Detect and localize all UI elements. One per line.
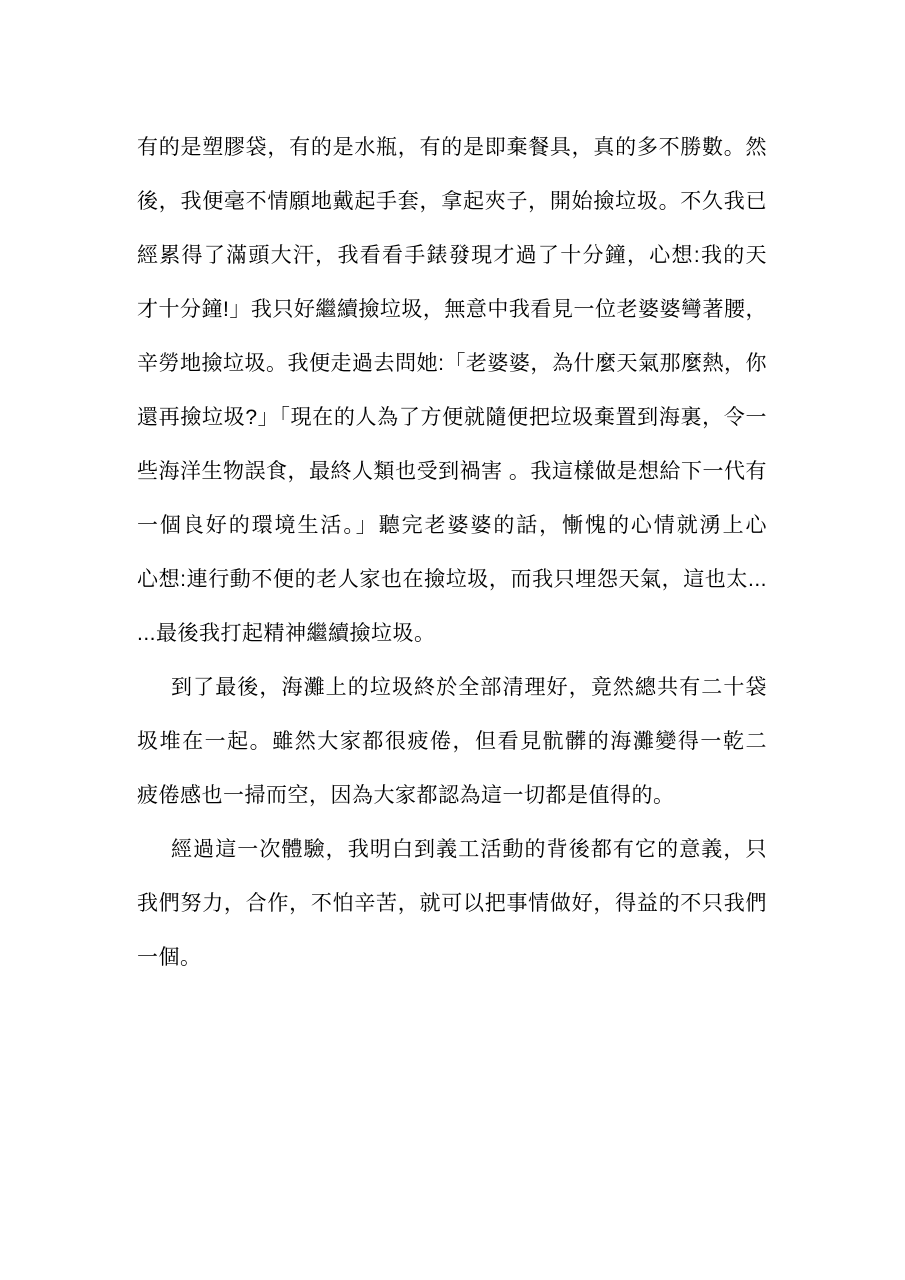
text-line: 才十分鐘!」我只好繼續撿垃圾，無意中我看見一位老婆婆彎著腰， — [137, 283, 767, 337]
text-line: 心想:連行動不便的老人家也在撿垃圾，而我只埋怨天氣，這也太... — [137, 553, 767, 607]
text-line: 些海洋生物誤食，最終人類也受到禍害 。我這樣做是想給下一代有 — [137, 445, 767, 499]
text-line: 經過這一次體驗，我明白到義工活動的背後都有它的意義，只要 — [137, 823, 767, 877]
text-line: 到了最後，海灘上的垃圾終於全部清理好，竟然總共有二十袋垃 — [137, 661, 767, 715]
document-page: 有的是塑膠袋，有的是水瓶，有的是即棄餐具，真的多不勝數。然後，我便毫不情願地戴起… — [0, 0, 905, 1280]
text-line: 還再撿垃圾?」「現在的人為了方便就隨便把垃圾棄置到海裏，令一 — [137, 391, 767, 445]
text-line: 後，我便毫不情願地戴起手套，拿起夾子，開始撿垃圾。不久我已 — [137, 175, 767, 229]
text-line: ...最後我打起精神繼續撿垃圾。 — [137, 607, 767, 661]
text-line: 一個。 — [137, 931, 767, 985]
text-line: 疲倦感也一掃而空，因為大家都認為這一切都是值得的。 — [137, 769, 767, 823]
text-line: 我們努力，合作，不怕辛苦，就可以把事情做好，得益的不只我們 — [137, 877, 767, 931]
text-line: 圾堆在一起。雖然大家都很疲倦，但看見骯髒的海灘變得一乾二淨， — [137, 715, 767, 769]
text-line: 經累得了滿頭大汗，我看看手錶發現才過了十分鐘，心想:我的天啊! — [137, 229, 767, 283]
text-line: 辛勞地撿垃圾。我便走過去問她:「老婆婆，為什麼天氣那麼熱，你 — [137, 337, 767, 391]
text-body: 有的是塑膠袋，有的是水瓶，有的是即棄餐具，真的多不勝數。然後，我便毫不情願地戴起… — [137, 121, 767, 985]
text-line: 有的是塑膠袋，有的是水瓶，有的是即棄餐具，真的多不勝數。然 — [137, 121, 767, 175]
text-line: 一個良好的環境生活。」聽完老婆婆的話，慚愧的心情就湧上心頭， — [137, 499, 767, 553]
